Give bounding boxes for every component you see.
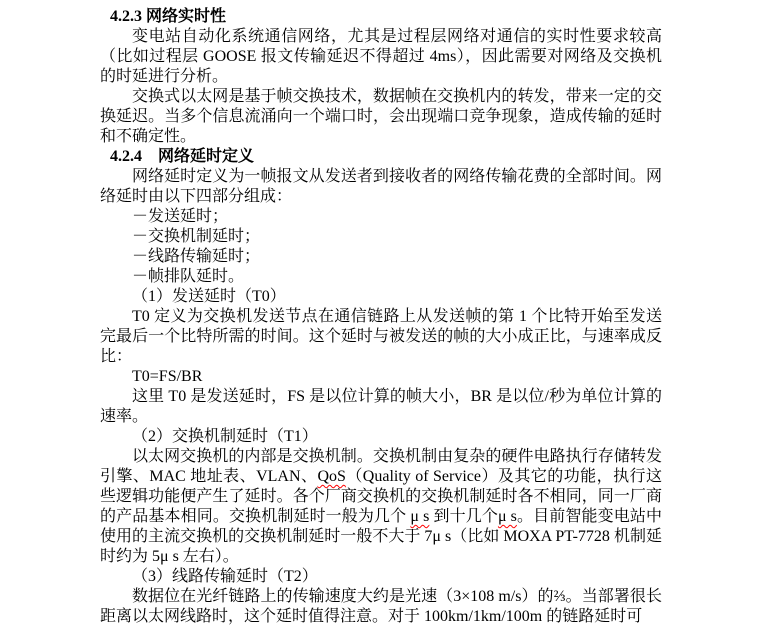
paragraph-t0-definition: T0 定义为交换机发送节点在通信链路上从发送帧的第 1 个比特开始至发送完最后一… [100,307,662,367]
paragraph-substation-realtime: 变电站自动化系统通信网络，尤其是过程层网络对通信的实时性要求较高（比如过程层 G… [100,27,662,87]
heading-4-2-3-network-realtime: 4.2.3 网络实时性 [110,7,662,27]
list-item-switch-mechanism-delay: －交换机制延时； [100,227,662,247]
paragraph-delay-definition: 网络延时定义为一帧报文从发送者到接收者的网络传输花费的全部时间。网络延时由以下四… [100,167,662,207]
paragraph-switched-ethernet: 交换式以太网是基于帧交换技术，数据帧在交换机内的转发，带来一定的交换延迟。当多个… [100,87,662,147]
heading-4-2-4-network-delay-definition: 4.2.4 网络延时定义 [110,147,662,167]
subitem-title-t1: （2）交换机制延时（T1） [100,427,662,447]
list-item-frame-queue-delay: －帧排队延时。 [100,267,662,287]
paragraph-t2-body: 数据位在光纤链路上的传输速度大约是光速（3×108 m/s）的⅔。当部署很长距离… [100,587,662,627]
spellcheck-word-mu-s-2: μ s [498,508,517,525]
spellcheck-word-qos: QoS [317,468,345,485]
subitem-title-t2: （3）线路传输延时（T2） [100,567,662,587]
paragraph-t0-explain: 这里 T0 是发送延时，FS 是以位计算的帧大小，BR 是以位/秒为单位计算的速… [100,387,662,427]
document-page: 4.2.3 网络实时性 变电站自动化系统通信网络，尤其是过程层网络对通信的实时性… [0,0,760,631]
formula-t0: T0=FS/BR [100,367,662,387]
spellcheck-word-mu-s-1: μ s [410,508,429,525]
text-segment: 到十几个 [429,508,498,525]
paragraph-t1-body: 以太网交换机的内部是交换机制。交换机制由复杂的硬件电路执行存储转发引擎、MAC … [100,447,662,567]
list-item-line-transmission-delay: －线路传输延时； [100,247,662,267]
subitem-title-t0: （1）发送延时（T0） [100,287,662,307]
list-item-send-delay: －发送延时； [100,207,662,227]
document-text-body: 4.2.3 网络实时性 变电站自动化系统通信网络，尤其是过程层网络对通信的实时性… [100,7,662,627]
